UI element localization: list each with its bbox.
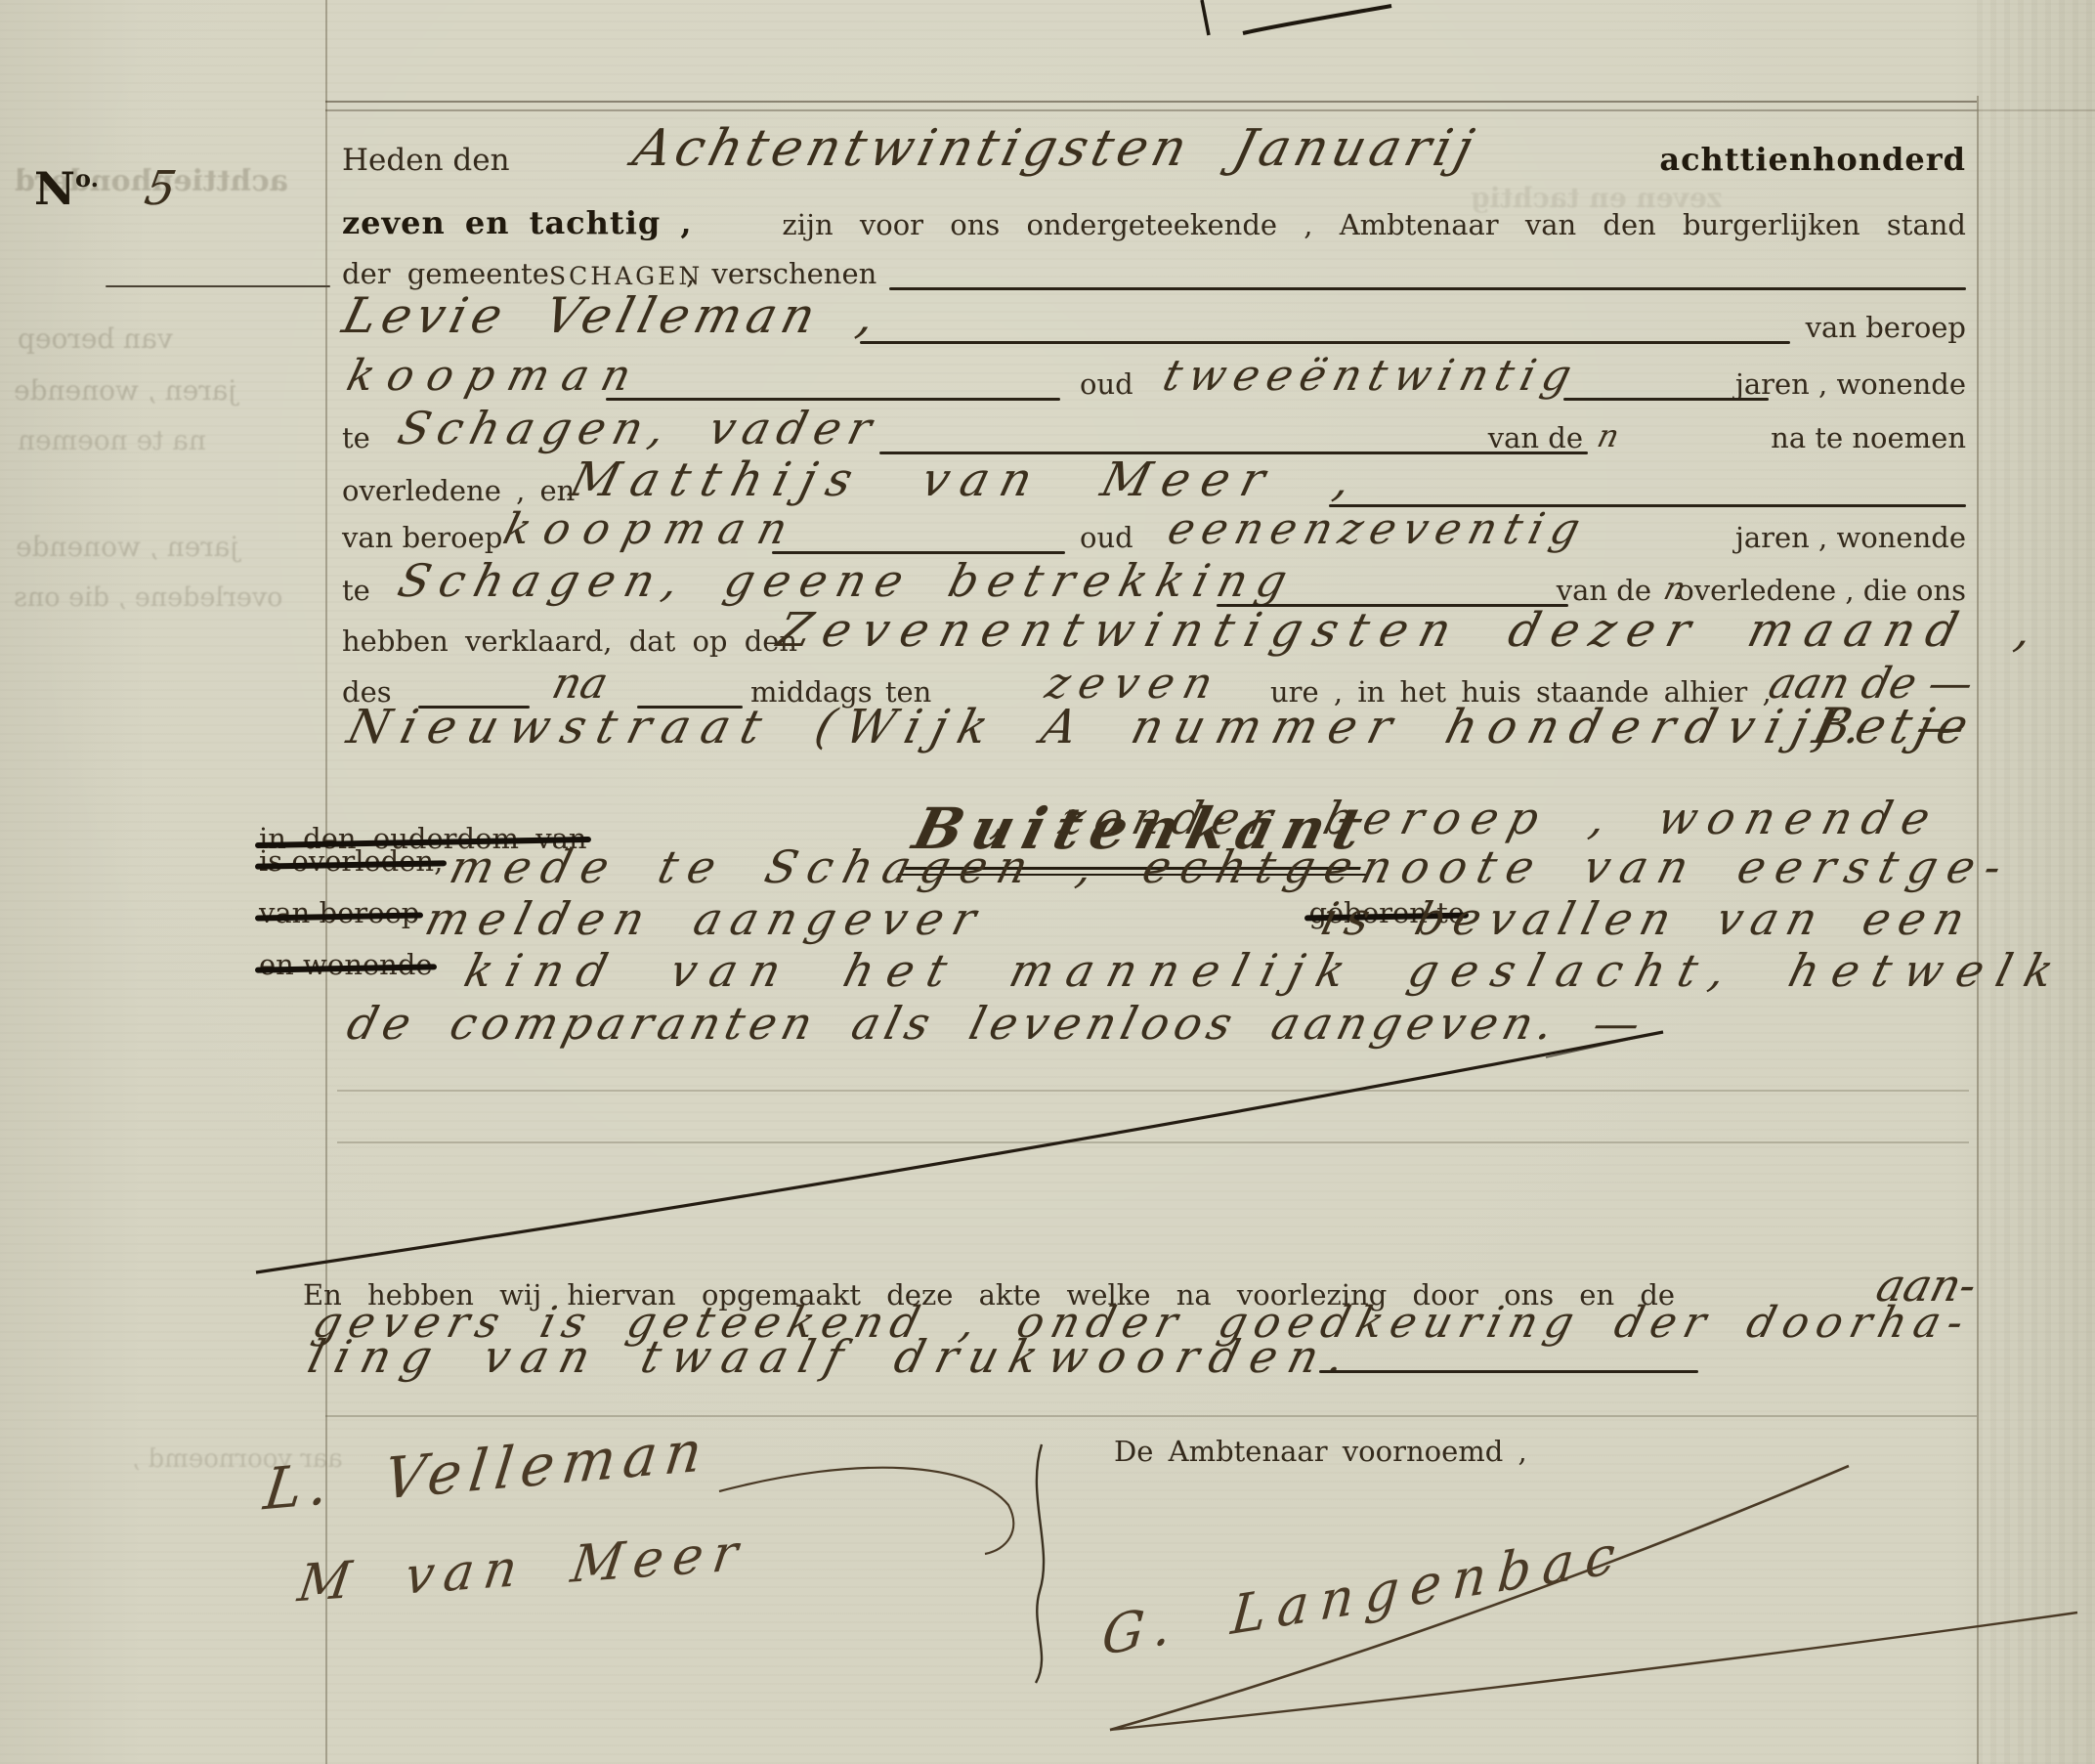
struck-printed-text: van beroep [259, 896, 419, 929]
fill-line [889, 287, 1966, 290]
printed-text: oud [1080, 367, 1133, 401]
closing-line-3: ling van twaalf drukwoorden. [303, 1334, 1969, 1383]
declarant-2-age: eenenzeventig [1163, 504, 1593, 554]
deceased-first-name: Betje [1808, 698, 1980, 754]
lifeless-declaration: de comparanten als levenloos aangeven. — [342, 997, 1651, 1050]
top-rule-right [1977, 109, 2095, 111]
bleedthrough-text: jaren , wonende [14, 374, 236, 407]
printed-text: te [342, 421, 370, 454]
declarant-2-occupation: koopman [498, 504, 806, 554]
pen-mark-top-2 [1243, 6, 1391, 33]
printed-text: van beroep [1806, 311, 1966, 344]
child-sex-statement: kind van het mannelijk geslacht, hetwelk [459, 944, 2073, 997]
act-line-12: Nieuwstraat (Wijk A nummer honderdvijf. … [342, 706, 1966, 754]
printed-text: jaren , wonende [1735, 367, 1966, 401]
act-line-1: Heden den Achtentwintigsten Januarij ach… [342, 129, 1966, 178]
right-margin-rule [1977, 96, 1979, 1764]
declarant-1-age: tweeëntwintig [1158, 351, 1584, 401]
deceased-occupation: , zonder beroep , wonende [987, 792, 1946, 844]
printed-text: hebben verklaard, dat op den [342, 624, 797, 658]
act-line-13: in den ouderdom van Buitenkant , zonder … [342, 796, 1966, 844]
act-line-17: de comparanten als levenloos aangeven. — [342, 1001, 1966, 1050]
municipality-name: Schagen [549, 262, 703, 290]
struck-printed-text: is overleden, [259, 844, 443, 878]
handwritten-text: ling van twaalf drukwoorden. [303, 1330, 1362, 1383]
declarant-2-relation: Schagen, geene betrekking [393, 554, 1303, 607]
printed-text: , verschenen [686, 257, 876, 290]
declarant-1-name: Levie Velleman , [337, 287, 887, 344]
deceased-residence: mede te Schagen , echtgenoote van eerstg… [445, 840, 2018, 893]
declarant-1-occupation: koopman [342, 351, 650, 401]
printed-text: jaren , wonende [1735, 521, 1966, 554]
crossing-out-diagonal-line [256, 1032, 1663, 1272]
printed-text: Heden den [342, 143, 510, 178]
act-number: No.5 [34, 161, 176, 216]
act-line-2: zeven en tachtig , zijn voor ons onderge… [342, 193, 1966, 241]
act-line-3: der gemeente Schagen , verschenen [342, 241, 1966, 290]
bleedthrough-text: overledene , die ons [14, 582, 282, 613]
act-number-value: 5 [141, 161, 180, 216]
struck-printed-text: en wonende [259, 948, 433, 981]
printed-text-bold: zeven en tachtig , [342, 204, 693, 241]
act-line-16: en wonende kind van het mannelijk geslac… [342, 948, 1966, 997]
act-line-9: te Schagen, geene betrekking van de n ov… [342, 558, 1966, 607]
bleedthrough-text: na te noemen [18, 424, 206, 456]
act-line-10: hebben verklaard, dat op den Zevenentwin… [342, 609, 1966, 658]
witness-signature-1: L. Velleman [261, 1417, 713, 1524]
blank-section-rule-2 [337, 1141, 1969, 1143]
fill-line [860, 341, 1790, 344]
printed-text: der gemeente [342, 257, 549, 290]
handwritten-date: Achtentwintigsten Januarij [627, 119, 1483, 178]
bleedthrough-text: van beroep [18, 323, 173, 355]
signature-brace [1036, 1444, 1044, 1683]
top-rule-1 [325, 101, 1977, 103]
blank-section-rule-1 [337, 1090, 1969, 1092]
act-number-label: N [34, 162, 75, 215]
act-line-14: is overleden, mede te Schagen , echtgeno… [342, 844, 1966, 893]
act-line-5: koopman oud tweeëntwintig jaren , wonend… [342, 352, 1966, 401]
death-certificate-scan: achttienhonderd van beroep jaren , wonen… [0, 0, 2095, 1764]
fill-line [606, 398, 1060, 401]
declarant-1-residence: Schagen, vader [393, 402, 884, 454]
act-line-7: overledene , en Matthijs van Meer , [342, 458, 1966, 507]
printed-text: na te noemen [1771, 421, 1966, 454]
witness-signature-2: M van Meer [294, 1524, 750, 1614]
act-line-6: te Schagen, vader van de n na te noemen [342, 406, 1966, 454]
printed-text: overledene , die ons [1677, 574, 1966, 607]
act-number-underline [106, 285, 330, 287]
pen-mark-top-1 [1202, 0, 1209, 35]
official-title-label: De Ambtenaar voornoemd , [1114, 1435, 1527, 1468]
act-line-4: Levie Velleman , van beroep [342, 295, 1966, 344]
printed-text: van de [1557, 574, 1651, 607]
printed-text: te [342, 574, 370, 607]
top-rule-2 [325, 109, 1977, 111]
bleedthrough-text: jaren , wonende [16, 531, 238, 563]
declarant-2-name: Matthijs van Meer , [565, 452, 1369, 507]
spouse-reference: melden aangever [420, 892, 991, 945]
printed-text-bold: achttienhonderd [1659, 141, 1966, 178]
act-number-label-sup: o. [75, 164, 99, 193]
signature-section-rule [325, 1415, 1977, 1417]
death-date: Zevenentwintigsten dezer maand , [772, 603, 2050, 658]
act-line-8: van beroep koopman oud eenenzeventig jar… [342, 505, 1966, 554]
printed-text: van de [1488, 421, 1583, 454]
printed-text: overledene , en [342, 474, 575, 507]
official-signature: G. Langenbac [1100, 1522, 1630, 1668]
printed-text: oud [1080, 521, 1133, 554]
death-address: Nieuwstraat (Wijk A nummer honderdvijf. … [342, 700, 1983, 754]
fill-line [1319, 1370, 1698, 1373]
printed-text: zijn voor ons ondergeteekende , Ambtenaa… [782, 208, 1966, 241]
printed-text: van beroep [342, 521, 502, 554]
witness-signature-flourish [719, 1468, 1013, 1554]
fill-line [1563, 398, 1769, 401]
stillbirth-statement: is bevallen van een [1316, 892, 1979, 945]
handwritten-correction: n [1594, 417, 1623, 454]
act-line-15: van beroep melden aangever geboren te is… [342, 896, 1966, 945]
